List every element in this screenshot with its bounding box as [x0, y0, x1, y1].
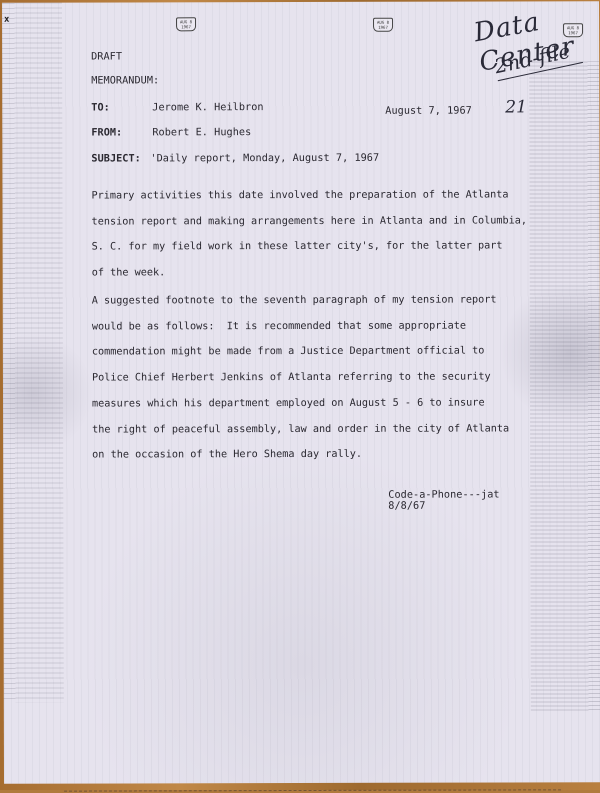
scan-noise-right: [529, 61, 600, 711]
paragraph-line: A suggested footnote to the seventh para…: [92, 287, 512, 314]
from-label: FROM:: [91, 127, 122, 138]
memo-page: x AUG 8 1967 AUG 8 1967 AUG 8 1967 Data …: [2, 1, 600, 784]
subject-label: SUBJECT:: [91, 153, 140, 164]
corner-mark: x: [4, 15, 9, 25]
memo-type-label: MEMORANDUM:: [91, 75, 159, 86]
received-stamp-icon: AUG 8 1967: [176, 17, 196, 31]
paragraph-line: tension report and making arrangements h…: [92, 208, 512, 235]
paragraph: A suggested footnote to the seventh para…: [92, 287, 512, 468]
paragraph-line: on the occasion of the Hero Shema day ra…: [92, 442, 512, 469]
paragraph-line: would be as follows: It is recommended t…: [92, 313, 512, 340]
paragraph-line: the right of peaceful assembly, law and …: [92, 416, 512, 443]
paragraph: Primary activities this date involved th…: [91, 182, 511, 286]
transcription-note: Code-a-Phone---jat: [388, 489, 499, 500]
paragraph-line: commendation might be made from a Justic…: [92, 339, 512, 366]
paragraph-line: of the week.: [92, 260, 512, 287]
paragraph-line: Primary activities this date involved th…: [91, 182, 511, 209]
transcription-date: 8/8/67: [388, 501, 425, 512]
handwritten-page-number: 21: [505, 97, 527, 117]
paragraph-line: Police Chief Herbert Jenkins of Atlanta …: [92, 365, 512, 392]
subject-value: 'Daily report, Monday, August 7, 1967: [150, 153, 379, 165]
from-value: Robert E. Hughes: [152, 127, 251, 138]
to-value: Jerome K. Heilbron: [152, 102, 263, 113]
memo-date: August 7, 1967: [385, 106, 472, 117]
draft-label: DRAFT: [91, 51, 122, 62]
scan-noise-left: [2, 3, 64, 703]
to-label: TO:: [91, 103, 110, 114]
received-stamp-icon: AUG 8 1967: [373, 18, 393, 32]
paragraph-line: measures which his department employed o…: [92, 390, 512, 417]
paragraph-line: S. C. for my field work in these latter …: [92, 234, 512, 261]
